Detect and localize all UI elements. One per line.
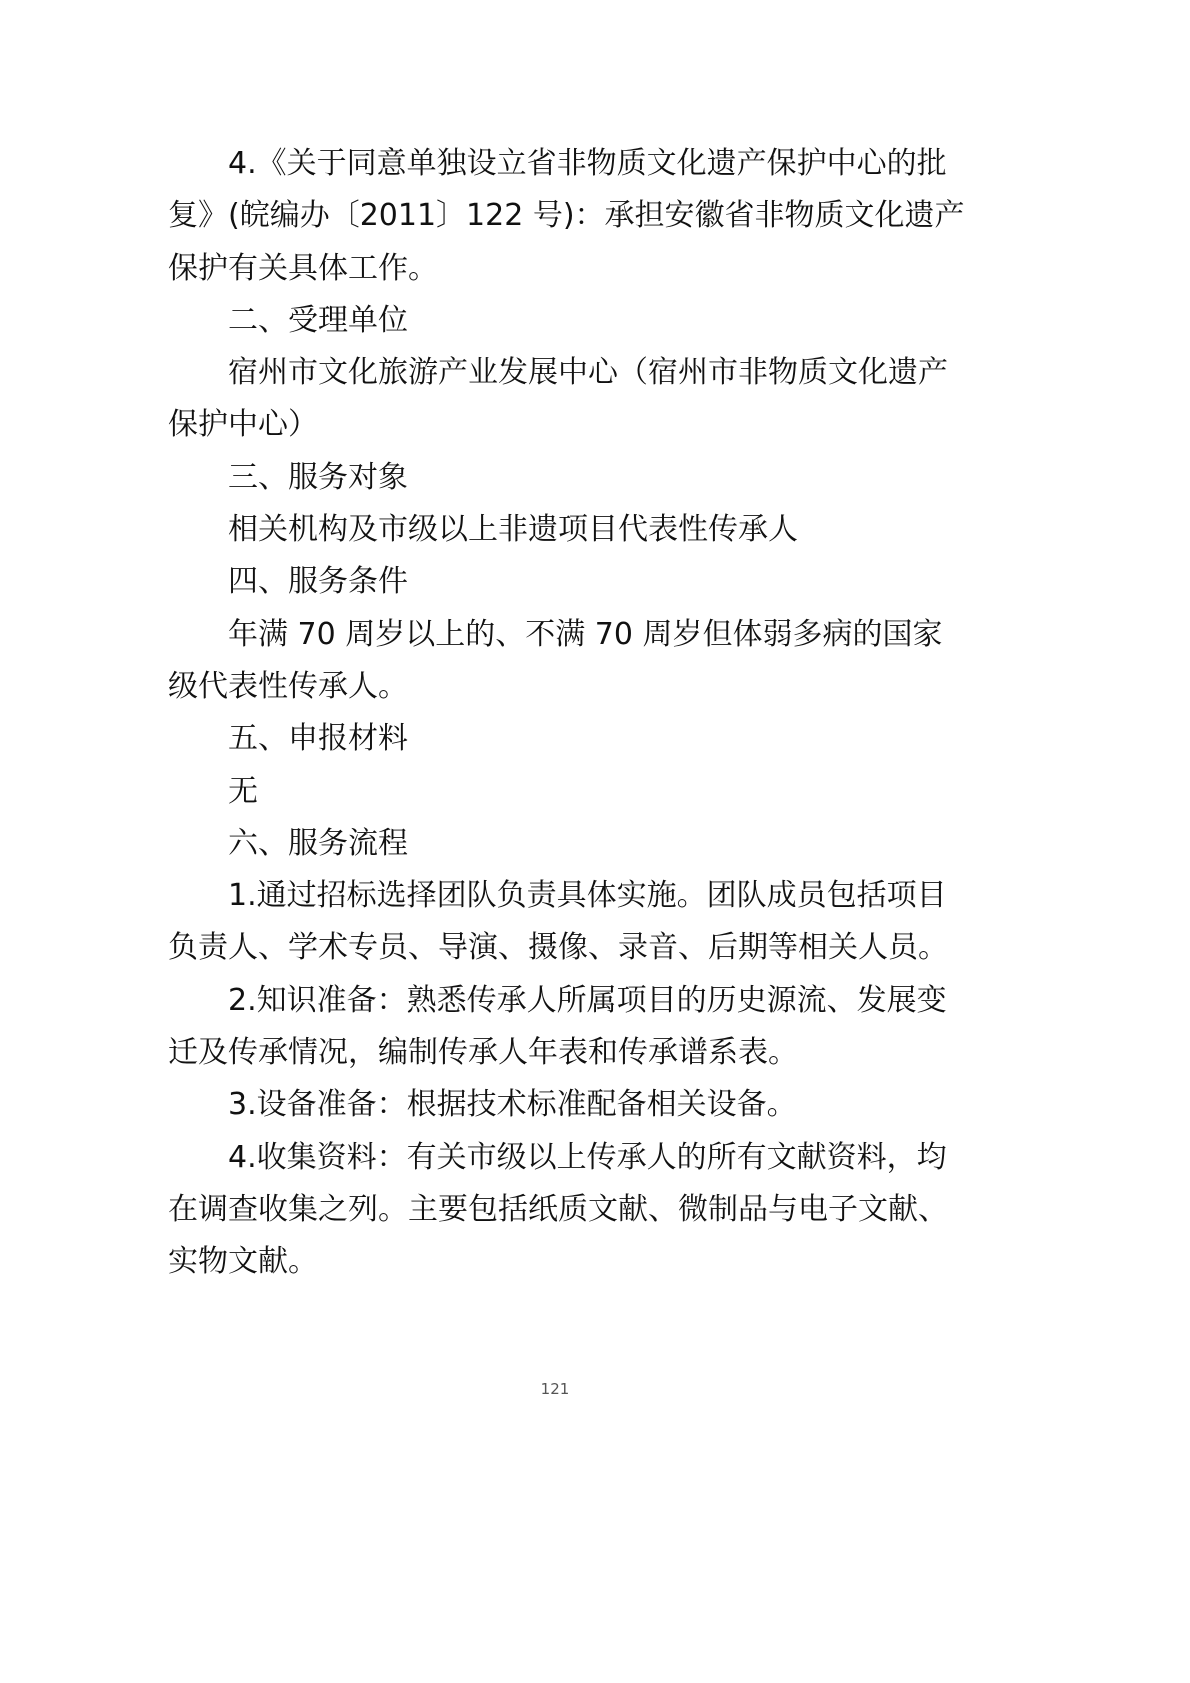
paragraph-line: 1.通过招标选择团队负责具体实施。团队成员包括项目 <box>168 870 944 922</box>
paragraph-line: 相关机构及市级以上非遗项目代表性传承人 <box>168 504 944 556</box>
paragraph-line: 在调查收集之列。主要包括纸质文献、微制品与电子文献、 <box>168 1184 944 1236</box>
paragraph-line: 保护有关具体工作。 <box>168 243 944 295</box>
page-number: 121 <box>0 1380 1110 1398</box>
paragraph-line: 宿州市文化旅游产业发展中心（宿州市非物质文化遗产 <box>168 347 944 399</box>
paragraph-line: 年满 70 周岁以上的、不满 70 周岁但体弱多病的国家 <box>168 609 944 661</box>
paragraph-line: 3.设备准备：根据技术标准配备相关设备。 <box>168 1079 944 1131</box>
paragraph-line: 无 <box>168 766 944 818</box>
paragraph-line: 4.收集资料：有关市级以上传承人的所有文献资料，均 <box>168 1132 944 1184</box>
document-body: 4.《关于同意单独设立省非物质文化遗产保护中心的批 复》(皖编办〔2011〕12… <box>168 138 944 1289</box>
section-heading: 二、受理单位 <box>168 295 944 347</box>
section-heading: 五、申报材料 <box>168 713 944 765</box>
paragraph-line: 2.知识准备：熟悉传承人所属项目的历史源流、发展变 <box>168 975 944 1027</box>
paragraph-line: 实物文献。 <box>168 1236 944 1288</box>
paragraph-line: 级代表性传承人。 <box>168 661 944 713</box>
section-heading: 四、服务条件 <box>168 556 944 608</box>
paragraph-line: 负责人、学术专员、导演、摄像、录音、后期等相关人员。 <box>168 922 944 974</box>
section-heading: 三、服务对象 <box>168 452 944 504</box>
paragraph-line: 复》(皖编办〔2011〕122 号)：承担安徽省非物质文化遗产 <box>168 190 944 242</box>
paragraph-line: 4.《关于同意单独设立省非物质文化遗产保护中心的批 <box>168 138 944 190</box>
paragraph-line: 迁及传承情况，编制传承人年表和传承谱系表。 <box>168 1027 944 1079</box>
paragraph-line: 保护中心） <box>168 399 944 451</box>
section-heading: 六、服务流程 <box>168 818 944 870</box>
